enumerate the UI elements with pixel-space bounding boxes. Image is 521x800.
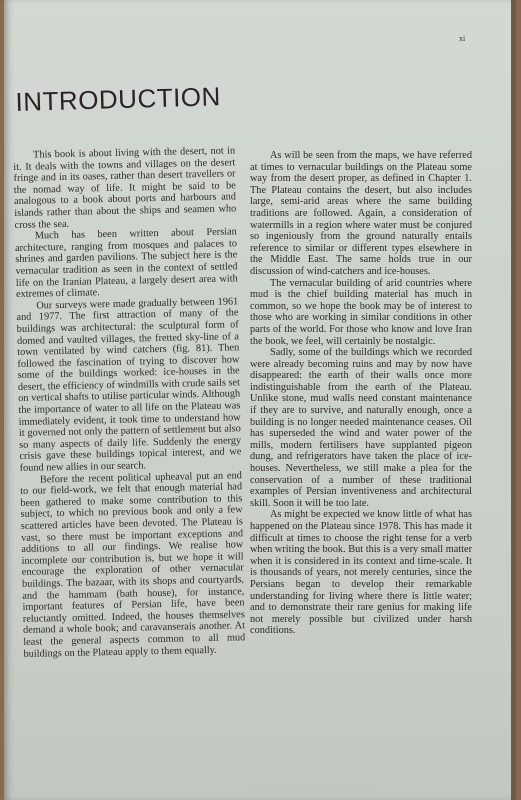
paragraph: Much has been written about Persian arch…	[15, 226, 238, 300]
paragraph: As will be seen from the maps, we have r…	[250, 150, 472, 278]
paragraph: This book is about living with the deser…	[13, 145, 237, 231]
paragraph: Before the recent political upheaval put…	[20, 470, 246, 660]
paragraph: Sadly, some of the buildings which we re…	[250, 347, 472, 509]
paragraph: As might be expected we know little of w…	[250, 509, 472, 637]
paragraph: The vernacular building of arid countrie…	[250, 278, 472, 348]
book-page: xi INTRODUCTION This book is about livin…	[4, 0, 516, 800]
page-number: xi	[459, 34, 465, 43]
page-edge	[511, 0, 516, 800]
paragraph: Our surveys were made gradually between …	[16, 296, 242, 475]
left-column: This book is about living with the deser…	[13, 145, 246, 660]
chapter-title: INTRODUCTION	[15, 82, 221, 119]
right-column: As will be seen from the maps, we have r…	[250, 150, 472, 637]
